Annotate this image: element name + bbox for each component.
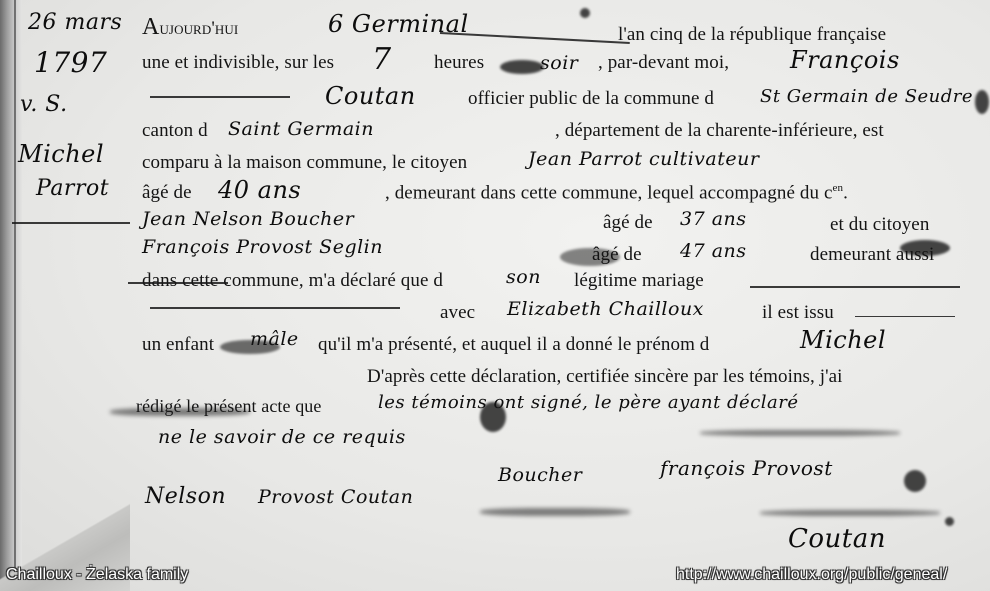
printed-line-11a: un enfant: [142, 334, 214, 356]
printed-line-9b: légitime mariage: [574, 270, 704, 292]
line6-text: , demeurant dans cette commune, lequel a…: [385, 182, 833, 203]
printed-line-11b: qu'il m'a présenté, et auquel il a donné…: [318, 334, 709, 356]
watermark-url: http://www.chailloux.org/public/geneal/: [676, 566, 947, 584]
margin-child-surname: Parrot: [36, 176, 109, 201]
bleed-through-smudge: [700, 430, 900, 436]
hw-marriage-word: son: [506, 266, 541, 288]
bleed-through-smudge: [110, 408, 250, 416]
printed-line-7b: et du citoyen: [830, 214, 929, 236]
citizen-abbrev-sup: en: [833, 182, 844, 194]
line10-end-rule: [855, 316, 955, 317]
signature-officer-coutan: Coutan: [788, 524, 886, 554]
printed-line-4a: canton d: [142, 120, 208, 142]
printed-line-5: comparu à la maison commune, le citoyen: [142, 152, 467, 174]
ink-blot: [975, 90, 989, 114]
margin-date-year: 1797: [34, 46, 107, 79]
ink-blot: [480, 402, 506, 432]
signature-provost-coutan: Provost Coutan: [258, 486, 413, 508]
signature-boucher: Boucher: [498, 464, 582, 486]
margin-child-firstname: Michel: [18, 140, 104, 168]
ink-blot: [220, 340, 280, 354]
hw-father-age: 40 ans: [218, 176, 301, 204]
watermark-family: Chailloux - Żelaska family: [6, 566, 188, 584]
line3-rule: [150, 96, 290, 98]
hw-time-of-day: soir: [540, 52, 578, 74]
ink-blot: [580, 8, 590, 18]
hw-closing-line2: ne le savoir de ce requis: [158, 426, 406, 448]
hw-commune: St Germain de Seudre: [760, 86, 973, 107]
hw-witness2-age: 47 ans: [680, 240, 747, 262]
printed-line-1-start: Aujourd'hui: [142, 14, 238, 41]
signature-nelson: Nelson: [145, 484, 226, 509]
hw-witness1-age: 37 ans: [680, 208, 747, 230]
printed-line-2b: heures: [434, 52, 484, 74]
hw-officer-firstname: François: [790, 46, 900, 74]
ink-blot: [900, 240, 950, 256]
margin-abbrev: v. S.: [20, 92, 68, 117]
aujourdhui-text: ujourd'hui: [159, 18, 238, 39]
line9-fill-rule: [750, 286, 960, 288]
printed-line-3: officier public de la commune d: [468, 88, 714, 110]
printed-line-4b: , département de la charente-inférieure,…: [555, 120, 884, 142]
bleed-through-smudge: [480, 508, 630, 516]
hw-mother: Elizabeth Chailloux: [507, 298, 704, 320]
printed-line-2c: , par-devant moi,: [598, 52, 729, 74]
ink-blot: [500, 60, 544, 74]
margin-rule: [12, 222, 130, 224]
printed-line-10b: il est issu: [762, 302, 834, 324]
ink-blot: [904, 470, 926, 492]
printed-line-1-end: l'an cinq de la république française: [618, 24, 886, 46]
line6-end: .: [843, 182, 848, 203]
bleed-through-smudge: [760, 510, 940, 516]
ink-blot: [560, 248, 620, 266]
printed-line-10a: avec: [440, 302, 475, 324]
hw-officer-lastname: Coutan: [325, 82, 416, 110]
drop-letter: A: [142, 14, 159, 40]
hw-child-name: Michel: [800, 326, 886, 354]
hw-witness1: Jean Nelson Boucher: [142, 208, 354, 230]
scanned-register-page: 26 mars 1797 v. S. Michel Parrot Aujourd…: [0, 0, 990, 591]
printed-line-6a: âgé de: [142, 182, 192, 204]
hw-hour: 7: [372, 42, 392, 77]
margin-date-day: 26 mars: [28, 10, 122, 35]
printed-line-2a: une et indivisible, sur les: [142, 52, 334, 74]
printed-line-6b: , demeurant dans cette commune, lequel a…: [385, 182, 848, 204]
line9-left-rule: [128, 282, 228, 284]
ink-blot: [945, 517, 954, 526]
hw-father: Jean Parrot cultivateur: [528, 148, 759, 170]
signature-francois-provost: françois Provost: [660, 456, 833, 480]
printed-line-12: D'après cette déclaration, certifiée sin…: [367, 366, 843, 388]
hw-canton: Saint Germain: [228, 118, 374, 140]
printed-line-9a: dans cette commune, m'a déclaré que d: [142, 270, 443, 292]
hw-closing-line1: les témoins ont signé, le père ayant déc…: [378, 392, 799, 413]
printed-line-7a: âgé de: [603, 212, 653, 234]
line10-rule: [150, 307, 400, 309]
hw-witness2: François Provost Seglin: [142, 236, 383, 258]
